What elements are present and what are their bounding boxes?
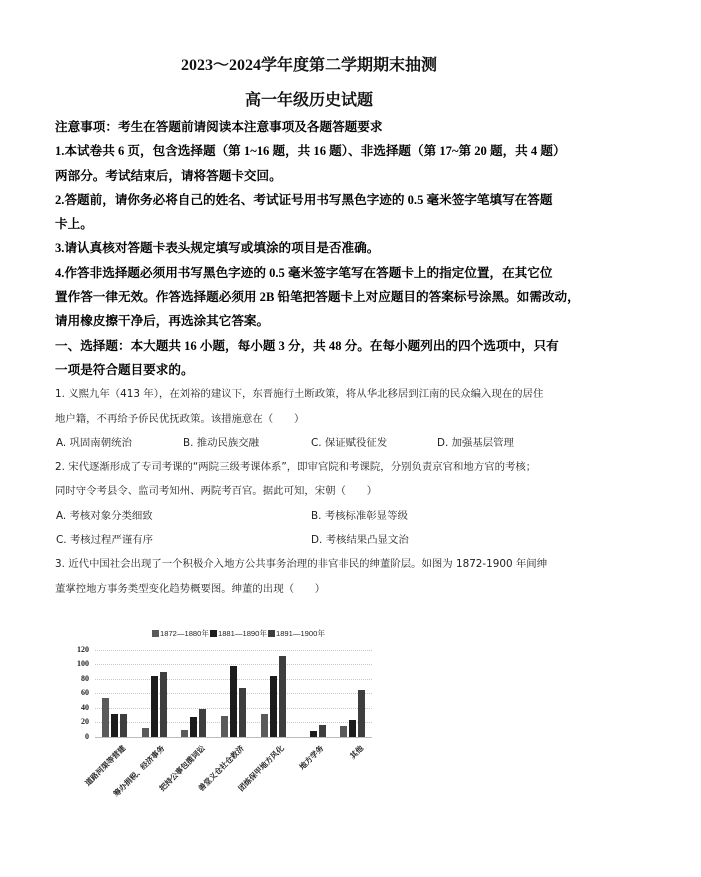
bar	[102, 698, 109, 737]
y-axis-tick: 120	[69, 645, 89, 655]
legend-label: 1891—1900年	[276, 628, 325, 639]
bar	[270, 676, 277, 737]
question-options: C. 考核过程严谨有序 D. 考核结果凸显文治	[55, 528, 655, 552]
legend-swatch-icon	[268, 630, 275, 637]
notice-line: 请用橡皮擦干净后，再选涂其它答案。	[55, 309, 655, 333]
bar	[221, 716, 228, 737]
notice-line: 4.作答非选择题必须用书写黑色字迹的 0.5 毫米签字笔写在答题卡上的指定位置，…	[55, 261, 655, 285]
question-options: A. 巩固南朝统治 B. 推动民族交融 C. 保证赋役征发 D. 加强基层管理	[55, 431, 655, 455]
bar	[230, 666, 237, 737]
section-heading: 一、选择题：本大题共 16 小题，每小题 3 分，共 48 分。在每小题列出的四…	[55, 334, 655, 358]
exam-body: 注意事项：考生在答题前请阅读本注意事项及各题答题要求 1.本试卷共 6 页，包含…	[55, 115, 655, 601]
bar	[199, 709, 206, 737]
legend-swatch-icon	[152, 630, 159, 637]
bar	[120, 714, 127, 737]
question-text: 董掌控地方事务类型变化趋势概要图。绅董的出现（ ）	[55, 577, 655, 601]
y-axis-tick: 0	[69, 732, 89, 742]
question-text: 1. 义熙九年（413 年），在刘裕的建议下，东晋施行土断政策，将从华北移居到江…	[55, 382, 655, 406]
question-3: 3. 近代中国社会出现了一个积极介入地方公共事务治理的非官非民的绅董阶层。如图为…	[55, 552, 655, 601]
option-d: D. 加强基层管理	[437, 431, 514, 455]
notice-heading: 注意事项：考生在答题前请阅读本注意事项及各题答题要求	[55, 115, 655, 139]
bar	[142, 728, 149, 737]
bar	[340, 726, 347, 737]
bar	[239, 688, 246, 737]
x-axis-label: 其他	[347, 743, 366, 762]
question-1: 1. 义熙九年（413 年），在刘裕的建议下，东晋施行土断政策，将从华北移居到江…	[55, 382, 655, 455]
notice-line: 卡上。	[55, 212, 655, 236]
bar	[319, 725, 326, 737]
option-b: B. 推动民族交融	[183, 431, 259, 455]
bar	[160, 672, 167, 737]
bar	[279, 656, 286, 737]
bar	[151, 676, 158, 737]
y-axis-tick: 40	[69, 703, 89, 713]
section-heading: 一项是符合题目要求的。	[55, 358, 655, 382]
exam-page: 2023～2024学年度第二学期期末抽测 高一年级历史试题 注意事项：考生在答题…	[0, 0, 701, 877]
x-axis-label: 地方学务	[297, 743, 326, 772]
question-2: 2. 宋代逐渐形成了专司考课的“两院三级考课体系”，即审官院和考课院，分别负责京…	[55, 455, 655, 552]
bar	[190, 717, 197, 737]
option-c: C. 保证赋役征发	[311, 431, 387, 455]
option-c: C. 考核过程严谨有序	[56, 528, 153, 552]
legend-label: 1872—1880年	[160, 628, 209, 639]
option-b: B. 考核标准彰显等级	[311, 504, 408, 528]
legend-item: 1872—1880年	[152, 628, 209, 639]
legend-item: 1891—1900年	[268, 628, 325, 639]
bar	[310, 731, 317, 737]
question-text: 地户籍，不再给予侨民优抚政策。该措施意在（ ）	[55, 407, 655, 431]
notice-line: 1.本试卷共 6 页，包含选择题（第 1~16 题，共 16 题）、非选择题（第…	[55, 139, 655, 163]
legend-item: 1881—1890年	[210, 628, 267, 639]
bar	[111, 714, 118, 737]
y-axis-tick: 80	[69, 674, 89, 684]
exam-title: 2023～2024学年度第二学期期末抽测	[0, 52, 618, 75]
y-axis-tick: 100	[69, 659, 89, 669]
y-axis-tick: 60	[69, 688, 89, 698]
bar	[181, 730, 188, 737]
chart-legend: 1872—1880年1881—1890年1891—1900年	[152, 628, 326, 639]
question-text: 3. 近代中国社会出现了一个积极介入地方公共事务治理的非官非民的绅董阶层。如图为…	[55, 552, 655, 576]
notice-line: 置作答一律无效。作答选择题必须用 2B 铅笔把答题卡上对应题目的答案标号涂黑。如…	[55, 285, 655, 309]
question-text: 同时守令考县令、监司考知州、两院考百官。据此可知，宋朝（ ）	[55, 479, 655, 503]
bar	[349, 720, 356, 738]
exam-subtitle: 高一年级历史试题	[0, 87, 618, 110]
bar	[358, 690, 365, 737]
y-axis-tick: 20	[69, 717, 89, 727]
option-d: D. 考核结果凸显文治	[311, 528, 409, 552]
notice-line: 2.答题前，请你务必将自己的姓名、考试证号用书写黑色字迹的 0.5 毫米签字笔填…	[55, 188, 655, 212]
option-a: A. 巩固南朝统治	[56, 431, 132, 455]
x-axis-line	[95, 737, 372, 738]
gridline	[95, 650, 372, 651]
option-a: A. 考核对象分类细致	[56, 504, 153, 528]
legend-label: 1881—1890年	[218, 628, 267, 639]
bar	[261, 714, 268, 737]
question-options: A. 考核对象分类细致 B. 考核标准彰显等级	[55, 504, 655, 528]
question-text: 2. 宋代逐渐形成了专司考课的“两院三级考课体系”，即审官院和考课院，分别负责京…	[55, 455, 655, 479]
notice-line: 3.请认真核对答题卡表头规定填写或填涂的项目是否准确。	[55, 236, 655, 260]
notice-line: 两部分。考试结束后，请将答题卡交回。	[55, 164, 655, 188]
legend-swatch-icon	[210, 630, 217, 637]
